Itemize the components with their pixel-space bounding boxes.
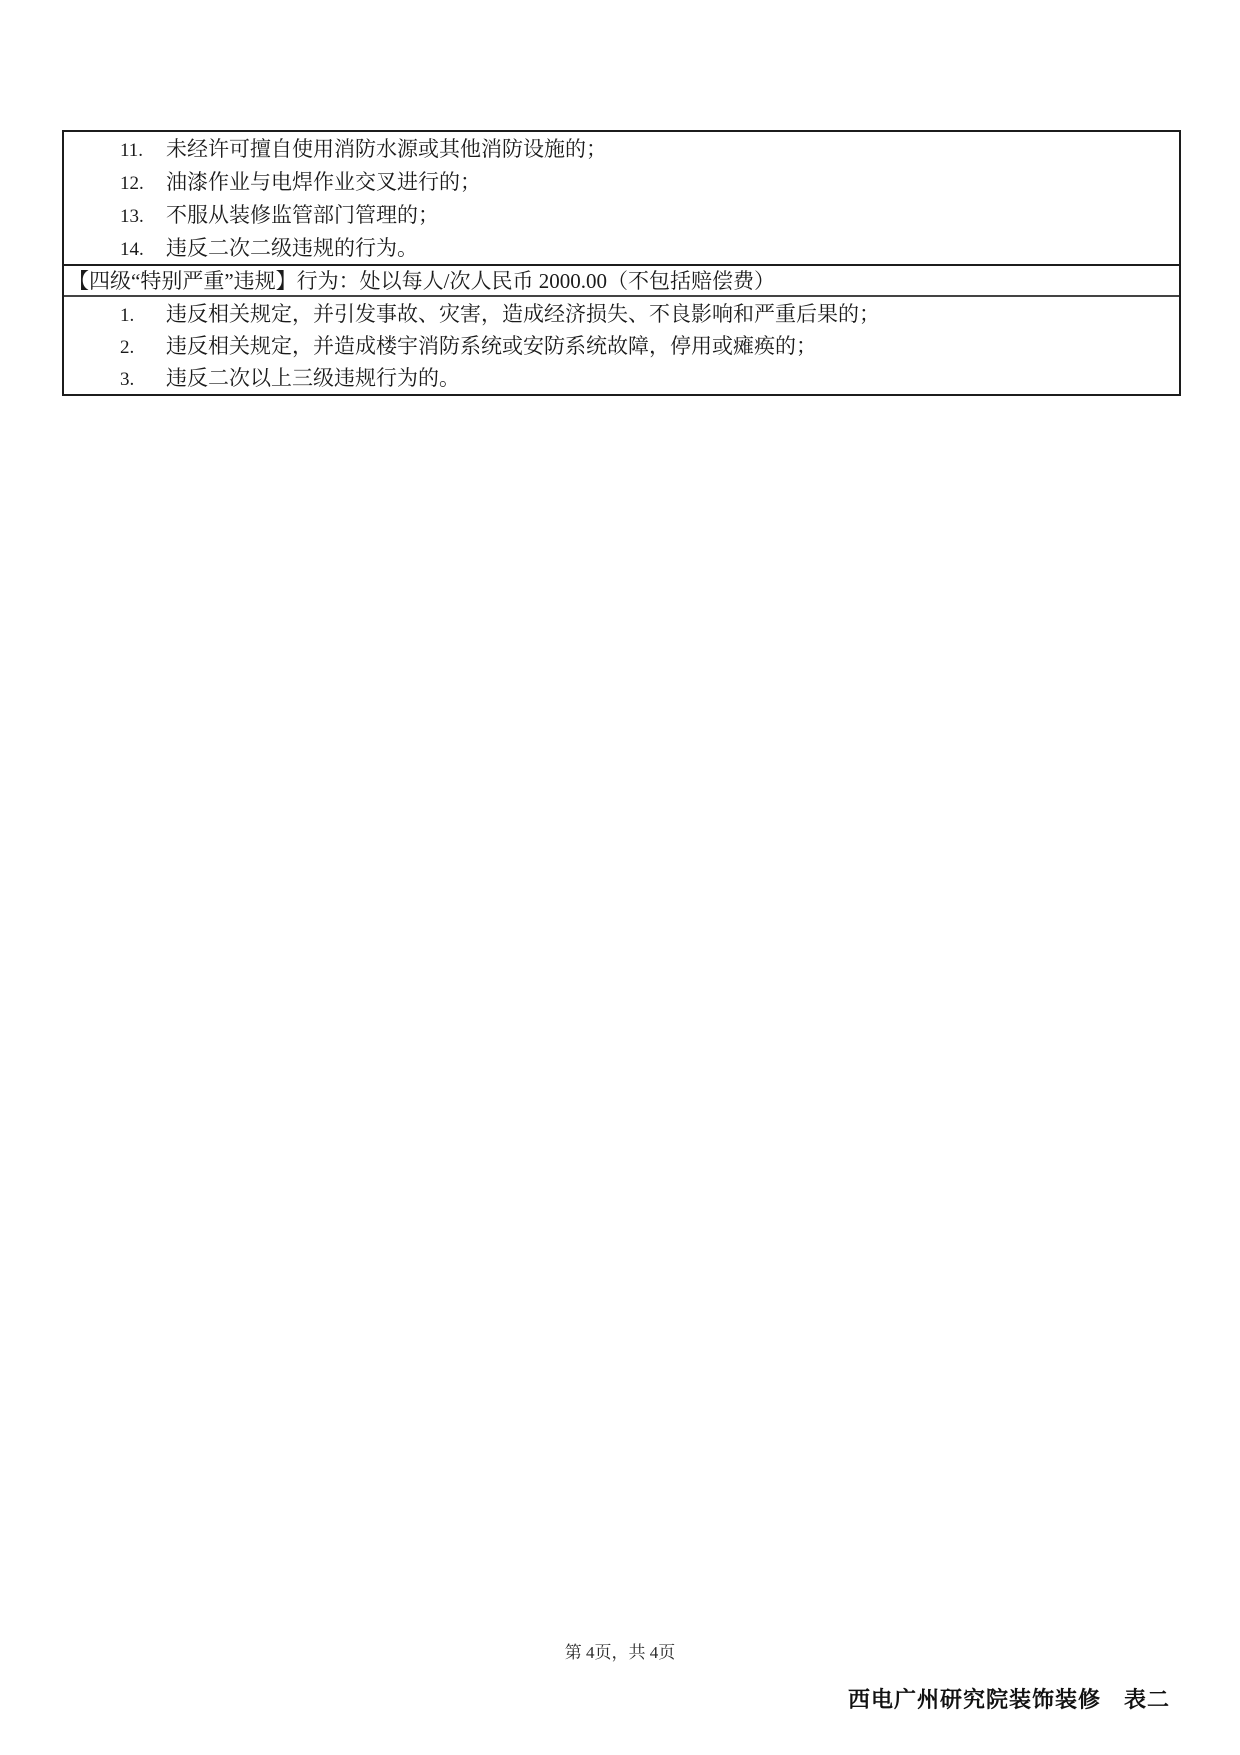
list-item-number: 11. bbox=[120, 134, 166, 166]
list-item-number: 3. bbox=[120, 364, 166, 394]
list-item-text: 违反二次以上三级违规行为的。 bbox=[166, 366, 460, 390]
document-page: 11.未经许可擅自使用消防水源或其他消防设施的； 12.油漆作业与电焊作业交叉进… bbox=[0, 0, 1240, 1755]
list-item-number: 13. bbox=[120, 200, 166, 232]
list-item: 14.违反二次二级违规的行为。 bbox=[64, 232, 1179, 265]
level3-items-section: 11.未经许可擅自使用消防水源或其他消防设施的； 12.油漆作业与电焊作业交叉进… bbox=[64, 132, 1179, 264]
list-item: 12.油漆作业与电焊作业交叉进行的； bbox=[64, 166, 1179, 199]
page-number-indicator: 第 4页，共 4页 bbox=[0, 1638, 1240, 1663]
list-item-number: 14. bbox=[120, 233, 166, 265]
list-item: 11.未经许可擅自使用消防水源或其他消防设施的； bbox=[64, 133, 1179, 166]
level4-header-text: 【四级“特别严重”违规】行为：处以每人/次人民币 2000.00（不包括赔偿费） bbox=[68, 269, 775, 293]
list-item-text: 未经许可擅自使用消防水源或其他消防设施的； bbox=[166, 137, 607, 161]
list-item: 2.违反相关规定，并造成楼宇消防系统或安防系统故障，停用或瘫痪的； bbox=[64, 330, 1179, 362]
document-label: 西电广州研究院装饰装修 表二 bbox=[848, 1683, 1170, 1714]
list-item-text: 违反相关规定，并造成楼宇消防系统或安防系统故障，停用或瘫痪的； bbox=[166, 334, 817, 358]
list-item-number: 2. bbox=[120, 332, 166, 362]
list-item-text: 违反相关规定，并引发事故、灾害，造成经济损失、不良影响和严重后果的； bbox=[166, 302, 880, 326]
list-item-number: 1. bbox=[120, 300, 166, 330]
list-item-text: 不服从装修监管部门管理的； bbox=[166, 203, 439, 227]
list-item: 3.违反二次以上三级违规行为的。 bbox=[64, 362, 1179, 394]
level4-header-row: 【四级“特别严重”违规】行为：处以每人/次人民币 2000.00（不包括赔偿费） bbox=[64, 264, 1179, 297]
list-item-number: 12. bbox=[120, 167, 166, 199]
violation-table: 11.未经许可擅自使用消防水源或其他消防设施的； 12.油漆作业与电焊作业交叉进… bbox=[62, 130, 1181, 396]
list-item: 1.违反相关规定，并引发事故、灾害，造成经济损失、不良影响和严重后果的； bbox=[64, 298, 1179, 330]
list-item-text: 违反二次二级违规的行为。 bbox=[166, 236, 418, 260]
level4-items-section: 1.违反相关规定，并引发事故、灾害，造成经济损失、不良影响和严重后果的； 2.违… bbox=[64, 297, 1179, 394]
list-item: 13.不服从装修监管部门管理的； bbox=[64, 199, 1179, 232]
list-item-text: 油漆作业与电焊作业交叉进行的； bbox=[166, 170, 481, 194]
